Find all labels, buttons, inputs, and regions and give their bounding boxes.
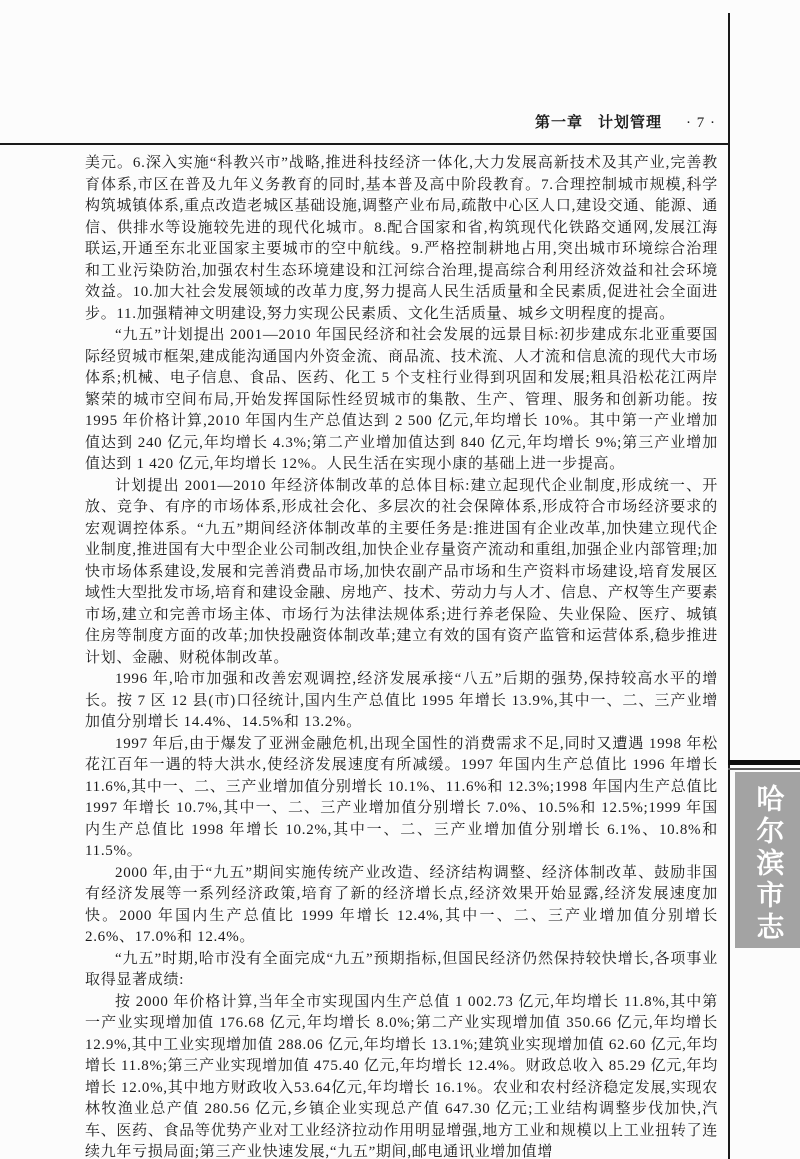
- book-page: 第一章计划管理· 7 · 美元。6.深入实施“科教兴市”战略,推进科技经济一体化…: [0, 0, 800, 1159]
- section-title: 计划管理: [598, 115, 662, 131]
- body-text-block: 美元。6.深入实施“科教兴市”战略,推进科技经济一体化,大力发展高新技术及其产业…: [85, 153, 718, 1159]
- paragraph: “九五”时期,哈市没有全面完成“九五”预期指标,但国民经济仍然保持较快增长,各项…: [85, 949, 718, 992]
- paragraph: 计划提出 2001—2010 年经济体制改革的总体目标:建立起现代企业制度,形成…: [85, 476, 718, 670]
- running-header: 第一章计划管理· 7 ·: [0, 111, 716, 132]
- paragraph: 1997 年后,由于爆发了亚洲金融危机,出现全国性的消费需求不足,同时又遭遇 1…: [85, 734, 718, 863]
- spine-tab-rule-thin: [728, 768, 800, 770]
- book-title-vertical: 哈尔滨市志: [748, 784, 788, 948]
- chapter-title: 第一章: [535, 115, 583, 131]
- book-spine-tab: 哈尔滨市志: [735, 772, 800, 948]
- right-margin-rule: [728, 13, 730, 1159]
- paragraph: 按 2000 年价格计算,当年全市实现国内生产总值 1 002.73 亿元,年均…: [85, 992, 718, 1159]
- paragraph: 2000 年,由于“九五”期间实施传统产业改造、经济结构调整、经济体制改革、鼓励…: [85, 863, 718, 949]
- paragraph: 1996 年,哈市加强和改善宏观调控,经济发展承接“八五”后期的强势,保持较高水…: [85, 669, 718, 734]
- page-number: · 7 ·: [686, 115, 716, 131]
- paragraph: 美元。6.深入实施“科教兴市”战略,推进科技经济一体化,大力发展高新技术及其产业…: [85, 153, 718, 325]
- paragraph: “九五”计划提出 2001—2010 年国民经济和社会发展的远景目标:初步建成东…: [85, 325, 718, 476]
- header-rule: [0, 143, 730, 145]
- spine-tab-rule-thick: [728, 760, 800, 765]
